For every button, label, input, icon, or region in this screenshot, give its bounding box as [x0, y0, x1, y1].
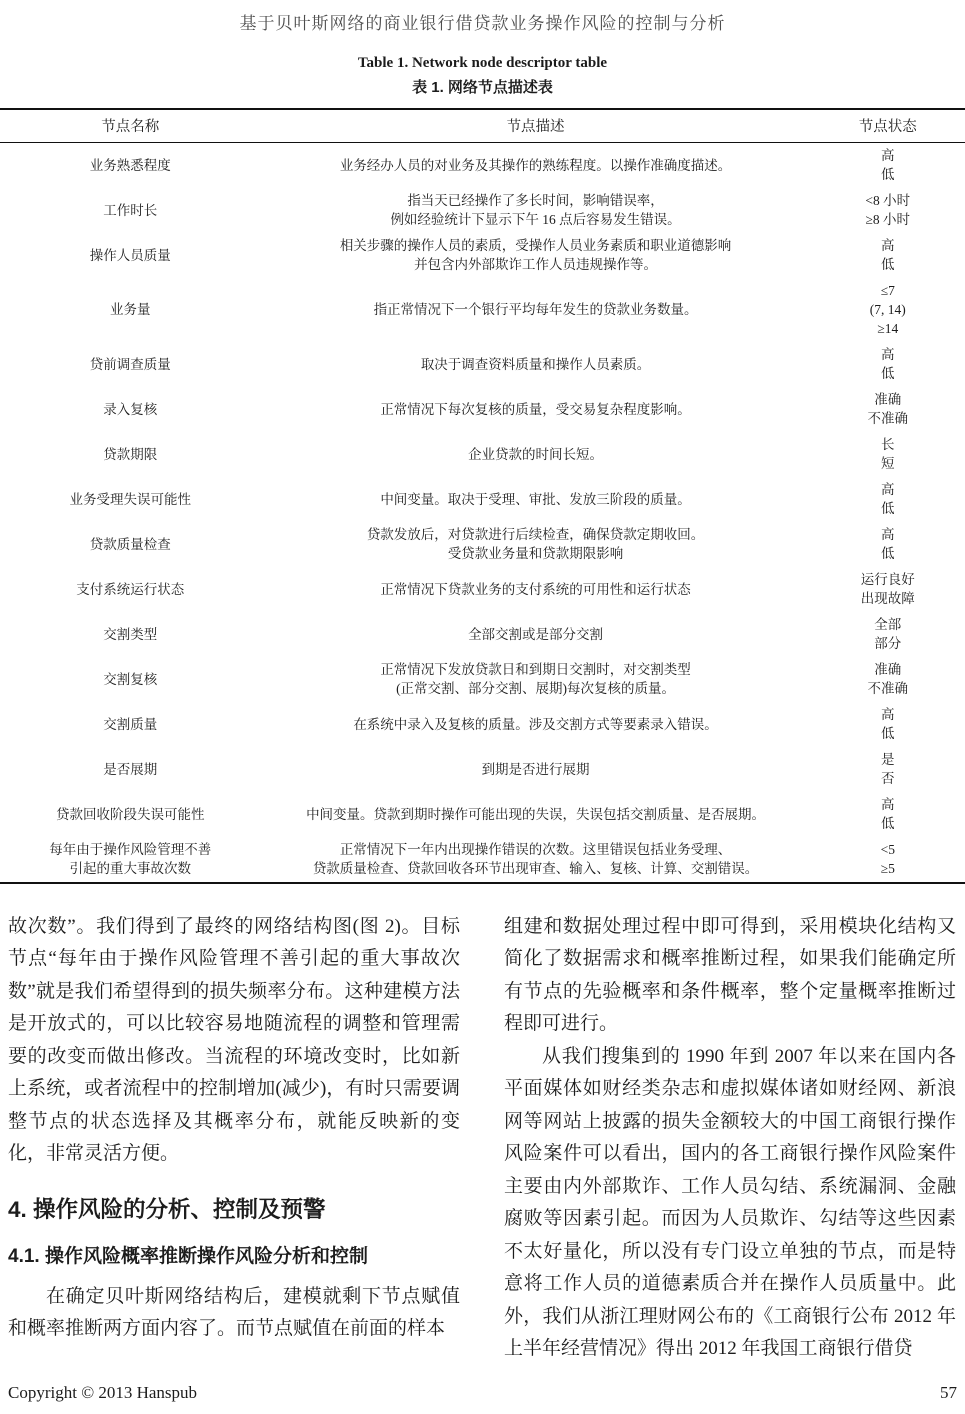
node-name-line: 业务受理失误可能性 — [2, 490, 259, 509]
node-state-cell: 高低 — [811, 522, 965, 567]
node-state-line: 否 — [813, 769, 963, 788]
body-paragraph: 在确定贝叶斯网络结构后，建模就剩下节点赋值和概率推断两方面内容了。而节点赋值在前… — [8, 1281, 460, 1346]
table-row: 贷款回收阶段失误可能性 中间变量。贷款到期时操作可能出现的失误，失误包括交割质量… — [0, 792, 965, 837]
node-name-cell: 贷前调查质量 — [0, 342, 261, 387]
node-state-line: 低 — [813, 814, 963, 833]
node-name-cell: 业务受理失误可能性 — [0, 477, 261, 522]
node-name-cell: 交割复核 — [0, 657, 261, 702]
running-head-title: 基于贝叶斯网络的商业银行借贷款业务操作风险的控制与分析 — [0, 0, 965, 34]
node-state-cell: 高低 — [811, 477, 965, 522]
node-description-cell: 到期是否进行展期 — [261, 747, 811, 792]
node-description-cell: 中间变量。贷款到期时操作可能出现的失误，失误包括交割质量、是否展期。 — [261, 792, 811, 837]
node-state-line: 全部 — [813, 615, 963, 634]
node-state-line: ≥14 — [813, 319, 963, 338]
node-state-line: <8 小时 — [813, 191, 963, 210]
table-row: 每年由于操作风险管理不善引起的重大事故次数 正常情况下一年内出现操作错误的次数。… — [0, 837, 965, 883]
node-state-cell: 准确不准确 — [811, 387, 965, 432]
table-row: 工作时长 指当天已经操作了多长时间，影响错误率，例如经验统计下显示下午 16 点… — [0, 188, 965, 233]
column-header-node-name: 节点名称 — [0, 109, 261, 142]
node-state-line: 运行良好 — [813, 570, 963, 589]
node-description-line: 受贷款业务量和贷款期限影响 — [263, 544, 809, 563]
node-state-line: 准确 — [813, 660, 963, 679]
node-state-line: ≥5 — [813, 859, 963, 878]
node-state-cell: 全部部分 — [811, 612, 965, 657]
node-name-cell: 贷款质量检查 — [0, 522, 261, 567]
node-description-cell: 中间变量。取决于受理、审批、发放三阶段的质量。 — [261, 477, 811, 522]
table-row: 交割质量 在系统中录入及复核的质量。涉及交割方式等要素录入错误。 高低 — [0, 702, 965, 747]
node-description-cell: 全部交割或是部分交割 — [261, 612, 811, 657]
node-state-line: 高 — [813, 705, 963, 724]
node-name-cell: 交割质量 — [0, 702, 261, 747]
node-name-cell: 工作时长 — [0, 188, 261, 233]
paper-page: 基于贝叶斯网络的商业银行借贷款业务操作风险的控制与分析 Table 1. Net… — [0, 0, 965, 1414]
body-paragraph: 故次数”。我们得到了最终的网络结构图(图 2)。目标节点“每年由于操作风险管理不… — [8, 911, 460, 1171]
node-description-line: 例如经验统计下显示下午 16 点后容易发生错误。 — [263, 210, 809, 229]
page-number: 57 — [940, 1383, 957, 1403]
node-description-line: 贷款发放后，对贷款进行后续检查，确保贷款定期收回。 — [263, 525, 809, 544]
node-name-line: 录入复核 — [2, 400, 259, 419]
table-row: 交割类型 全部交割或是部分交割 全部部分 — [0, 612, 965, 657]
node-description-cell: 正常情况下发放贷款日和到期日交割时，对交割类型(正常交割、部分交割、展期)每次复… — [261, 657, 811, 702]
node-name-cell: 支付系统运行状态 — [0, 567, 261, 612]
node-description-line: 取决于调查资料质量和操作人员素质。 — [263, 355, 809, 374]
node-state-line: 低 — [813, 255, 963, 274]
node-description-line: 正常情况下发放贷款日和到期日交割时，对交割类型 — [263, 660, 809, 679]
node-state-cell: 高低 — [811, 792, 965, 837]
body-text-area: 故次数”。我们得到了最终的网络结构图(图 2)。目标节点“每年由于操作风险管理不… — [0, 911, 965, 1366]
node-name-line: 交割复核 — [2, 670, 259, 689]
page-footer: Copyright © 2013 Hanspub 57 — [0, 1383, 965, 1403]
node-state-line: 低 — [813, 165, 963, 184]
node-description-cell: 贷款发放后，对贷款进行后续检查，确保贷款定期收回。受贷款业务量和贷款期限影响 — [261, 522, 811, 567]
node-description-line: 企业贷款的时间长短。 — [263, 445, 809, 464]
node-description-cell: 在系统中录入及复核的质量。涉及交割方式等要素录入错误。 — [261, 702, 811, 747]
node-state-line: 高 — [813, 345, 963, 364]
node-description-line: 相关步骤的操作人员的素质，受操作人员业务素质和职业道德影响 — [263, 236, 809, 255]
node-name-line: 工作时长 — [2, 201, 259, 220]
node-name-line: 贷前调查质量 — [2, 355, 259, 374]
node-description-line: 并包含内外部欺诈工作人员违规操作等。 — [263, 255, 809, 274]
column-header-node-state: 节点状态 — [811, 109, 965, 142]
node-description-cell: 指当天已经操作了多长时间，影响错误率，例如经验统计下显示下午 16 点后容易发生… — [261, 188, 811, 233]
node-description-line: 指当天已经操作了多长时间，影响错误率， — [263, 191, 809, 210]
node-description-line: 中间变量。取决于受理、审批、发放三阶段的质量。 — [263, 490, 809, 509]
node-name-line: 业务熟悉程度 — [2, 156, 259, 175]
node-name-line: 支付系统运行状态 — [2, 580, 259, 599]
node-description-line: 业务经办人员的对业务及其操作的熟练程度。以操作准确度描述。 — [263, 156, 809, 175]
node-name-line: 贷款质量检查 — [2, 535, 259, 554]
node-name-line: 交割质量 — [2, 715, 259, 734]
node-state-line: 低 — [813, 544, 963, 563]
node-state-line: 长 — [813, 435, 963, 454]
node-name-cell: 操作人员质量 — [0, 233, 261, 278]
section-heading: 4. 操作风险的分析、控制及预警 — [8, 1192, 460, 1224]
node-state-line: 出现故障 — [813, 589, 963, 608]
node-description-line: (正常交割、部分交割、展期)每次复核的质量。 — [263, 679, 809, 698]
node-name-line: 业务量 — [2, 300, 259, 319]
node-state-cell: 准确不准确 — [811, 657, 965, 702]
node-description-line: 全部交割或是部分交割 — [263, 625, 809, 644]
node-state-line: ≥8 小时 — [813, 210, 963, 229]
node-name-cell: 录入复核 — [0, 387, 261, 432]
table-caption-english: Table 1. Network node descriptor table — [0, 55, 965, 72]
node-description-line: 到期是否进行展期 — [263, 760, 809, 779]
node-state-line: 是 — [813, 750, 963, 769]
network-node-table: 节点名称 节点描述 节点状态 业务熟悉程度 业务经办人员的对业务及其操作的熟练程… — [0, 108, 965, 884]
table-row: 贷前调查质量 取决于调查资料质量和操作人员素质。 高低 — [0, 342, 965, 387]
node-description-cell: 正常情况下每次复核的质量，受交易复杂程度影响。 — [261, 387, 811, 432]
node-state-cell: 高低 — [811, 702, 965, 747]
node-state-line: 高 — [813, 795, 963, 814]
subsection-heading: 4.1. 操作风险概率推断操作风险分析和控制 — [8, 1241, 460, 1268]
table-row: 业务熟悉程度 业务经办人员的对业务及其操作的熟练程度。以操作准确度描述。 高低 — [0, 142, 965, 188]
copyright-text: Copyright © 2013 Hanspub — [8, 1383, 197, 1403]
node-state-line: <5 — [813, 840, 963, 859]
node-state-line: ≤7 — [813, 281, 963, 300]
node-state-cell: 长短 — [811, 432, 965, 477]
node-name-line: 引起的重大事故次数 — [2, 859, 259, 878]
node-description-cell: 业务经办人员的对业务及其操作的熟练程度。以操作准确度描述。 — [261, 142, 811, 188]
node-state-cell: 高低 — [811, 233, 965, 278]
node-description-line: 贷款质量检查、贷款回收各环节出现审查、输入、复核、计算、交割错误。 — [263, 859, 809, 878]
node-name-cell: 业务量 — [0, 278, 261, 342]
node-name-cell: 是否展期 — [0, 747, 261, 792]
node-state-line: 低 — [813, 499, 963, 518]
node-name-line: 操作人员质量 — [2, 246, 259, 265]
table-row: 交割复核 正常情况下发放贷款日和到期日交割时，对交割类型(正常交割、部分交割、展… — [0, 657, 965, 702]
table-row: 支付系统运行状态 正常情况下贷款业务的支付系统的可用性和运行状态 运行良好出现故… — [0, 567, 965, 612]
node-state-line: 高 — [813, 480, 963, 499]
node-description-cell: 取决于调查资料质量和操作人员素质。 — [261, 342, 811, 387]
node-state-line: 高 — [813, 525, 963, 544]
table-row: 贷款质量检查 贷款发放后，对贷款进行后续检查，确保贷款定期收回。受贷款业务量和贷… — [0, 522, 965, 567]
node-table-header: 节点名称 节点描述 节点状态 — [0, 109, 965, 142]
node-state-line: 高 — [813, 236, 963, 255]
column-header-node-description: 节点描述 — [261, 109, 811, 142]
node-name-cell: 交割类型 — [0, 612, 261, 657]
node-description-line: 正常情况下贷款业务的支付系统的可用性和运行状态 — [263, 580, 809, 599]
node-description-cell: 正常情况下贷款业务的支付系统的可用性和运行状态 — [261, 567, 811, 612]
node-name-line: 交割类型 — [2, 625, 259, 644]
node-description-cell: 企业贷款的时间长短。 — [261, 432, 811, 477]
node-name-line: 每年由于操作风险管理不善 — [2, 840, 259, 859]
node-state-cell: 运行良好出现故障 — [811, 567, 965, 612]
node-state-cell: ≤7(7, 14)≥14 — [811, 278, 965, 342]
body-paragraph: 从我们搜集到的 1990 年到 2007 年以来在国内各平面媒体如财经类杂志和虚… — [504, 1041, 956, 1366]
table-row: 业务受理失误可能性 中间变量。取决于受理、审批、发放三阶段的质量。 高低 — [0, 477, 965, 522]
node-description-line: 在系统中录入及复核的质量。涉及交割方式等要素录入错误。 — [263, 715, 809, 734]
table-row: 操作人员质量 相关步骤的操作人员的素质，受操作人员业务素质和职业道德影响并包含内… — [0, 233, 965, 278]
node-state-line: 低 — [813, 724, 963, 743]
header-row: 节点名称 节点描述 节点状态 — [0, 109, 965, 142]
node-description-line: 正常情况下一年内出现操作错误的次数。这里错误包括业务受理、 — [263, 840, 809, 859]
node-state-line: 不准确 — [813, 679, 963, 698]
table-row: 业务量 指正常情况下一个银行平均每年发生的贷款业务数量。 ≤7(7, 14)≥1… — [0, 278, 965, 342]
node-state-line: 低 — [813, 364, 963, 383]
table-row: 是否展期 到期是否进行展期 是否 — [0, 747, 965, 792]
node-name-line: 贷款期限 — [2, 445, 259, 464]
node-state-line: 部分 — [813, 634, 963, 653]
node-description-line: 指正常情况下一个银行平均每年发生的贷款业务数量。 — [263, 300, 809, 319]
node-state-line: 准确 — [813, 390, 963, 409]
node-description-line: 正常情况下每次复核的质量，受交易复杂程度影响。 — [263, 400, 809, 419]
table-caption-chinese: 表 1. 网络节点描述表 — [0, 76, 965, 97]
left-column: 故次数”。我们得到了最终的网络结构图(图 2)。目标节点“每年由于操作风险管理不… — [8, 911, 460, 1366]
node-description-line: 中间变量。贷款到期时操作可能出现的失误，失误包括交割质量、是否展期。 — [263, 805, 809, 824]
node-name-line: 贷款回收阶段失误可能性 — [2, 805, 259, 824]
node-name-cell: 贷款回收阶段失误可能性 — [0, 792, 261, 837]
node-state-line: 高 — [813, 146, 963, 165]
node-name-cell: 每年由于操作风险管理不善引起的重大事故次数 — [0, 837, 261, 883]
node-state-line: 短 — [813, 454, 963, 473]
node-description-cell: 正常情况下一年内出现操作错误的次数。这里错误包括业务受理、贷款质量检查、贷款回收… — [261, 837, 811, 883]
node-state-cell: <5≥5 — [811, 837, 965, 883]
table-row: 录入复核 正常情况下每次复核的质量，受交易复杂程度影响。 准确不准确 — [0, 387, 965, 432]
node-description-cell: 指正常情况下一个银行平均每年发生的贷款业务数量。 — [261, 278, 811, 342]
table-caption: Table 1. Network node descriptor table 表… — [0, 55, 965, 97]
node-state-line: (7, 14) — [813, 300, 963, 319]
node-table-body: 业务熟悉程度 业务经办人员的对业务及其操作的熟练程度。以操作准确度描述。 高低 … — [0, 142, 965, 883]
table-row: 贷款期限 企业贷款的时间长短。 长短 — [0, 432, 965, 477]
node-state-line: 不准确 — [813, 409, 963, 428]
node-name-cell: 业务熟悉程度 — [0, 142, 261, 188]
node-state-cell: 是否 — [811, 747, 965, 792]
right-column: 组建和数据处理过程中即可得到，采用模块化结构又简化了数据需求和概率推断过程，如果… — [504, 911, 956, 1366]
node-description-cell: 相关步骤的操作人员的素质，受操作人员业务素质和职业道德影响并包含内外部欺诈工作人… — [261, 233, 811, 278]
node-state-cell: <8 小时≥8 小时 — [811, 188, 965, 233]
node-state-cell: 高低 — [811, 342, 965, 387]
node-name-line: 是否展期 — [2, 760, 259, 779]
node-state-cell: 高低 — [811, 142, 965, 188]
body-paragraph: 组建和数据处理过程中即可得到，采用模块化结构又简化了数据需求和概率推断过程，如果… — [504, 911, 956, 1041]
node-name-cell: 贷款期限 — [0, 432, 261, 477]
